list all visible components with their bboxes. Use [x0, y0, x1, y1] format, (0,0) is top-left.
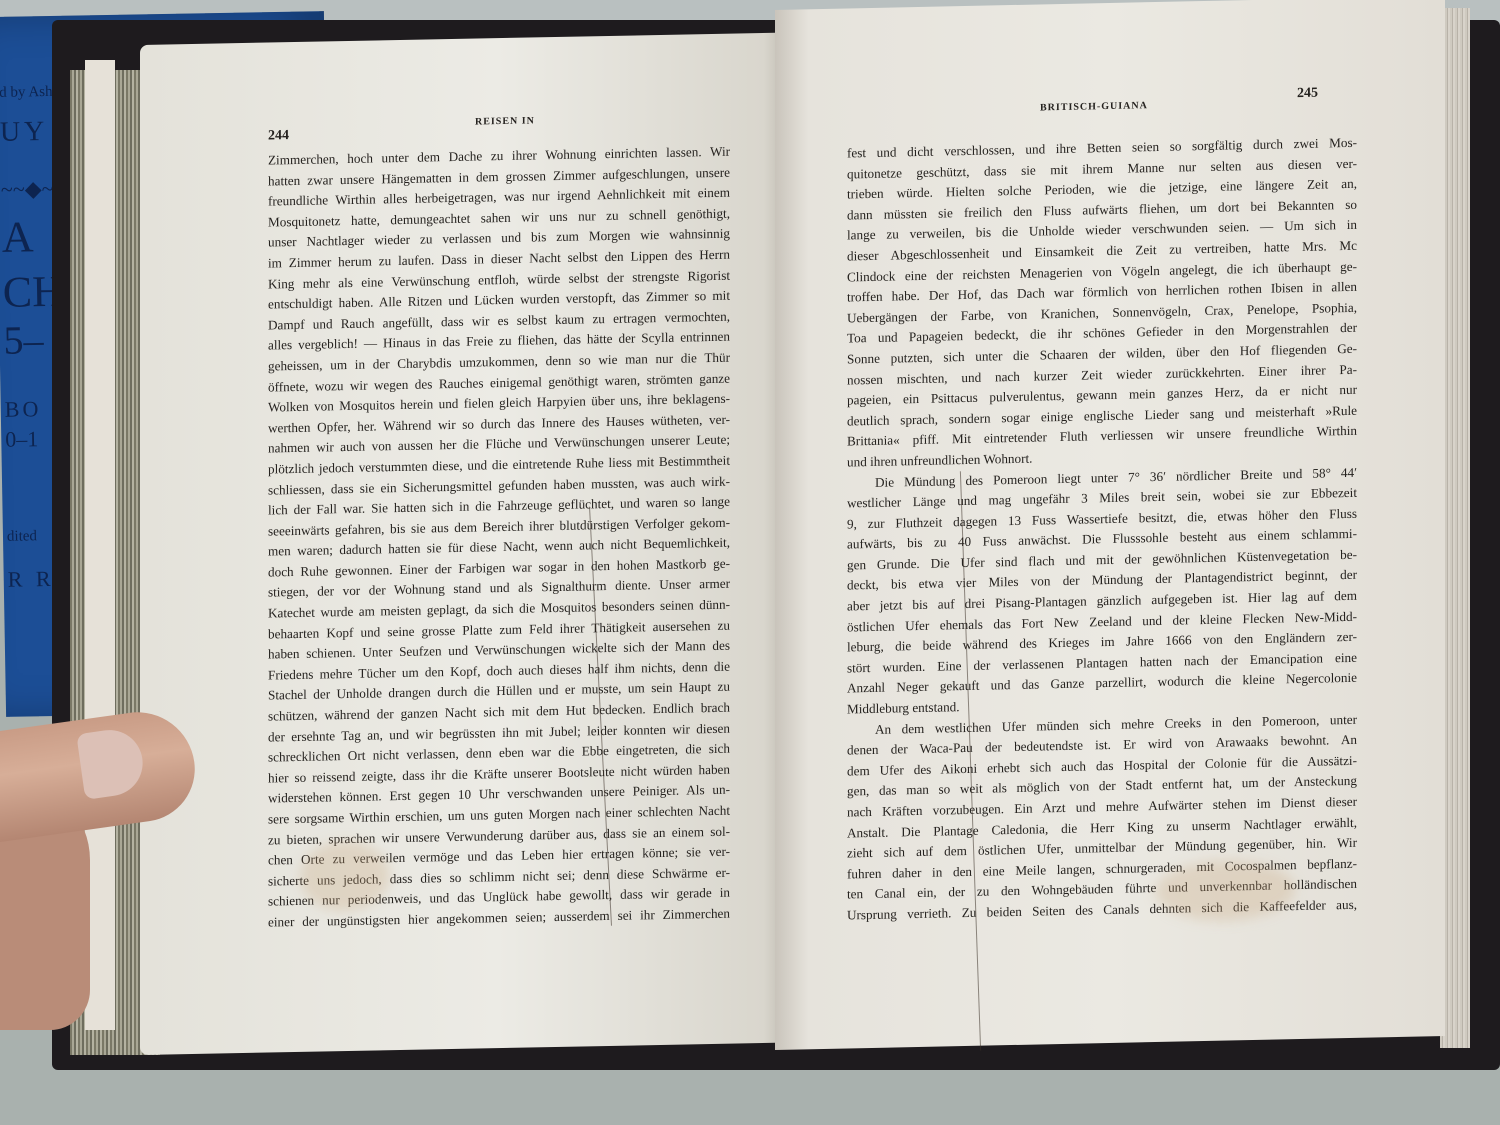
page-number: 245 — [1297, 86, 1318, 102]
blue-book-text: 5– — [3, 316, 44, 364]
blue-book-text: d by Ash — [0, 84, 53, 102]
blue-book-text: UY — [0, 116, 49, 149]
running-head: REISEN IN — [475, 115, 535, 127]
blue-book-text: A — [1, 211, 34, 263]
running-head: BRITISCH-GUIANA — [1040, 100, 1148, 113]
body-text: fest und dicht verschlossen, und ihre Be… — [847, 133, 1357, 926]
blue-book-text: BO — [5, 396, 42, 423]
blue-book-text: 0–1 — [5, 426, 38, 453]
right-page: 245 BRITISCH-GUIANA fest und dicht versc… — [775, 0, 1445, 1050]
thumbnail — [76, 726, 147, 800]
body-text: Zimmerchen, hoch unter dem Dache zu ihre… — [268, 142, 730, 933]
blue-book-text: dited — [7, 528, 37, 546]
page-number: 244 — [268, 128, 289, 144]
left-page: 244 REISEN IN Zimmerchen, hoch unter dem… — [140, 33, 790, 1055]
